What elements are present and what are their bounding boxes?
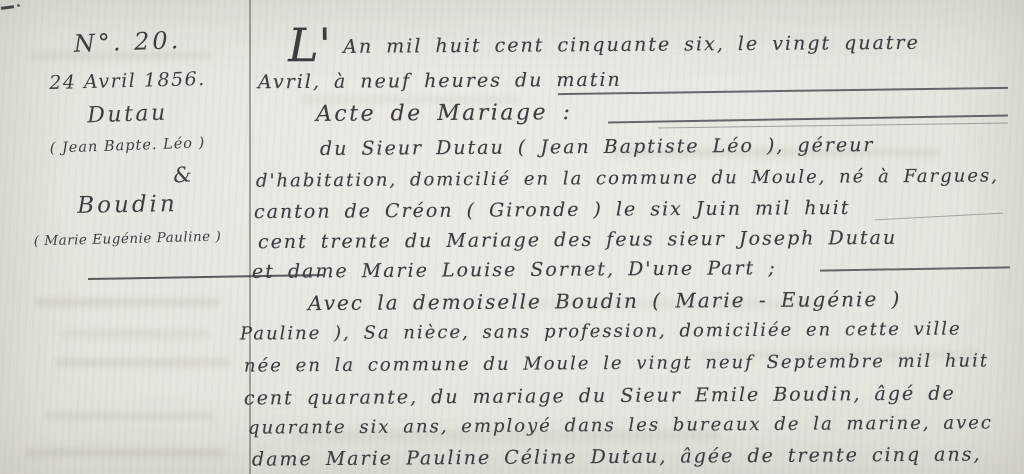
act-line: née en la commune du Moule le vingt neuf…: [244, 350, 989, 376]
scanned-register-page: N°. 20. 24 Avril 1856. Dutau ( Jean Bapt…: [0, 0, 1024, 474]
act-line: cent trente du Mariage des feus sieur Jo…: [258, 227, 897, 253]
act-date: 24 Avril 1856.: [10, 67, 245, 95]
act-opening-line: L'An mil huit cent cinquante six, le vin…: [288, 32, 920, 58]
act-line: dame Marie Pauline Céline Dutau, âgée de…: [252, 443, 982, 470]
act-line: et dame Marie Louise Sornet, D'une Part …: [252, 257, 777, 283]
act-title-line: Acte de Mariage :: [316, 100, 573, 127]
act-line: du Sieur Dutau ( Jean Baptiste Léo ), gé…: [320, 134, 875, 160]
bride-given-names: ( Marie Eugénie Pauline ): [10, 228, 245, 250]
act-line: quarante six ans, employé dans les burea…: [248, 412, 993, 438]
groom-given-names: ( Jean Bapte. Léo ): [10, 134, 245, 158]
bride-surname: Boudin: [10, 190, 245, 220]
opening-initial: L': [288, 18, 332, 72]
act-line: Pauline ), Sa nièce, sans profession, do…: [240, 318, 962, 344]
flourish-rule-after-matin: [558, 87, 1008, 95]
act-line: Avec la demoiselle Boudin ( Marie - Eugé…: [308, 287, 902, 315]
margin-annotations: N°. 20. 24 Avril 1856. Dutau ( Jean Bapt…: [10, 0, 245, 474]
flourish-rule-after-title-echo: [658, 123, 1008, 129]
flourish-rule-after-title: [608, 115, 1008, 124]
act-number: N°. 20.: [10, 24, 246, 60]
act-line: cent quarante, du mariage du Sieur Emile…: [244, 383, 956, 410]
act-line: Avril, à neuf heures du matin: [258, 69, 622, 94]
act-line-text: An mil huit cent cinquante six, le vingt…: [343, 32, 920, 58]
flourish-rule-after-dune-part: [820, 266, 1010, 271]
act-line: d'habitation, domicilié en la commune du…: [256, 165, 999, 191]
flourish-rule-line6: [875, 213, 1003, 221]
groom-surname: Dutau: [10, 98, 246, 131]
act-line: canton de Créon ( Gironde ) le six Juin …: [254, 197, 851, 223]
